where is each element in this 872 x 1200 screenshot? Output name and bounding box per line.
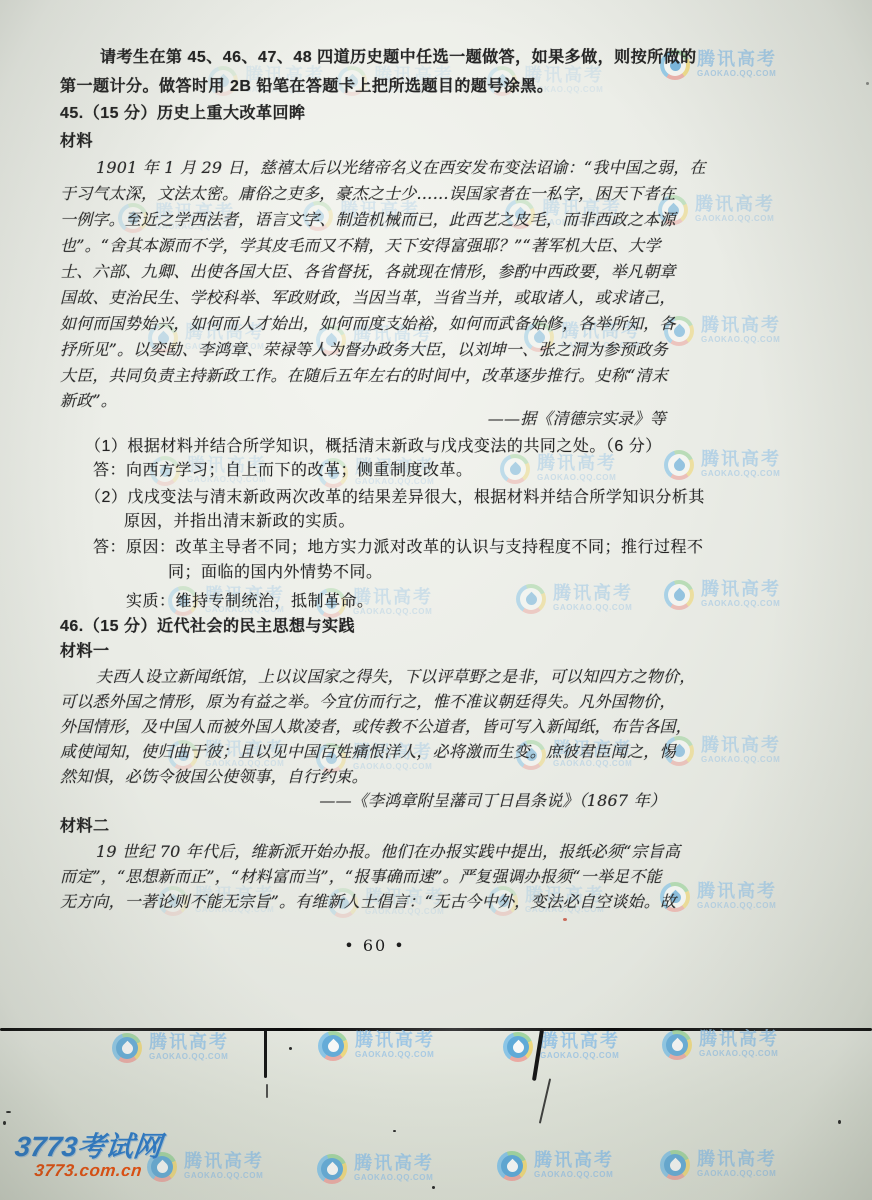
site-logo-name: 3773考试网: [14, 1133, 163, 1161]
question-line: （1）根据材料并结合所学知识，概括清末新政与戊戌变法的共同之处。（6 分）: [60, 437, 662, 457]
material-line: 而定”，“思想新而正”，“材料富而当”，“报事确而速”。严复强调办报须“一举足不…: [60, 867, 662, 887]
material-label: 材料一: [60, 642, 110, 662]
answer-line: 答：原因：改革主导者不同；地方实力派对改革的认识与支持程度不同；推行过程不: [60, 538, 704, 558]
material-line: 也”。“舍其本源而不学，学其皮毛而又不精，天下安得富强耶？”“著军机大臣、大学: [60, 236, 661, 256]
material-line: 19 世纪 70 年代后，维新派开始办报。他们在办报实践中提出，报纸必须“宗旨高: [60, 842, 680, 862]
answer-line: 答：向西方学习；自上而下的改革；侧重制度改革。: [60, 461, 473, 481]
source-citation: ——《李鸿章附呈藩司丁日昌条说》（1867 年）: [319, 791, 666, 811]
question-45-heading: 45.（15 分）历史上重大改革回眸: [60, 104, 306, 124]
material-line: 可以悉外国之情形，原为有益之举。今宜仿而行之，惟不准议朝廷得失。凡外国物价，: [60, 692, 676, 712]
scanned-exam-page: { "watermark": { "brand": "腾讯高考", "url":…: [0, 0, 872, 1200]
material-line: 大臣，共同负责主持新政工作。在随后五年左右的时间中，改革逐步推行。史称“清末: [60, 366, 668, 386]
material-line: 外国情形，及中国人而被外国人欺凌者，或传教不公道者，皆可写入新闻纸，布告各国，: [60, 717, 692, 737]
material-line: 然知惧，必饬令彼国公使领事，自行约束。: [60, 767, 368, 787]
question-46-heading: 46.（15 分）近代社会的民主思想与实践: [60, 617, 355, 637]
material-line: 咸使闻知，使归曲于彼；且以见中国百姓痛恨洋人，必将激而生变。庶彼君臣闻之，惕: [60, 742, 676, 762]
exam-content: 请考生在第 45、46、47、48 四道历史题中任选一题做答，如果多做，则按所做…: [60, 0, 666, 1030]
question-line: 原因，并指出清末新政的实质。: [60, 512, 355, 532]
site-logo-3773: 3773考试网 3773.com.cn: [12, 1133, 163, 1180]
material-line: 如何而国势始兴，如何而人才始出，如何而度支始裕，如何而武备始修，各举所知，各: [60, 314, 676, 334]
material-line: 于习气太深，文法太密。庸俗之吏多，豪杰之士少……误国家者在一私字，困天下者在: [60, 184, 676, 204]
exam-instructions-line: 第一题计分。做答时用 2B 铅笔在答题卡上把所选题目的题号涂黑。: [60, 77, 553, 97]
page-number: • 60 •: [60, 936, 690, 955]
material-line: 抒所见”。以奕劻、李鸿章、荣禄等人为督办政务大臣，以刘坤一、张之洞为参预政务: [60, 340, 668, 360]
material-line: 国故、吏治民生、学校科举、军政财政，当因当革，当省当并，或取诸人，或求诸己，: [60, 288, 676, 308]
site-logo-domain: 3773.com.cn: [34, 1162, 160, 1180]
answer-line: 实质：维持专制统治，抵制革命。: [60, 592, 374, 612]
material-label: 材料: [60, 132, 93, 152]
material-label: 材料二: [60, 817, 110, 837]
material-line: 夫西人设立新闻纸馆，上以议国家之得失，下以评草野之是非，可以知四方之物价，: [60, 667, 695, 687]
material-line: 无方向，一著论则不能无宗旨”。有维新人士倡言：“无古今中外，变法必自空谈始。故: [60, 892, 676, 912]
answer-line: 同；面临的国内外情势不同。: [60, 563, 383, 583]
question-line: （2）戊戌变法与清末新政两次改革的结果差异很大，根据材料并结合所学知识分析其: [60, 488, 705, 508]
material-line: 新政”。: [60, 391, 117, 411]
material-line: 士、六部、九卿、出使各国大臣、各省督抚，各就现在情形，参酌中西政要，举凡朝章: [60, 262, 676, 282]
material-line: 1901 年 1 月 29 日，慈禧太后以光绪帝名义在西安发布变法诏谕：“我中国…: [60, 158, 706, 178]
exam-instructions-line: 请考生在第 45、46、47、48 四道历史题中任选一题做答，如果多做，则按所做…: [60, 48, 697, 68]
material-line: 一例字。至近之学西法者，语言文字、制造机械而已，此西艺之皮毛，而非西政之本源: [60, 210, 676, 230]
source-citation: ——据《清德宗实录》等: [488, 409, 666, 429]
